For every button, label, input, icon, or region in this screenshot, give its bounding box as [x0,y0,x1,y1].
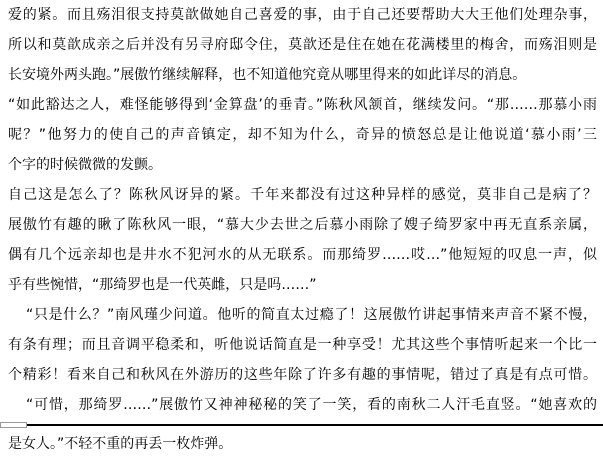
text-line: 所以和莫歆成亲之后并没有另寻府邸令住，莫歆还是住在她在花满楼里的梅舍，而殇泪则是 [8,30,597,60]
page-break-line [0,424,603,426]
text-line: 爱的紧。而且殇泪很支持莫歆做她自己喜爱的事，由于自己还要帮助大大王他们处理杂事， [8,0,597,30]
text-line: 乎有些惋惜，“那绮罗也是一代英雌，只是吗……” [8,270,597,300]
page-break-divider [8,420,597,429]
text-line: 个精彩！看来自己和秋风在外游历的这些年除了许多有趣的事情呢，错过了真是有点可惜。 [8,360,597,390]
text-line: 展傲竹有趣的瞅了陈秋风一眼，“慕大少去世之后慕小雨除了嫂子绮罗家中再无直系亲属， [8,210,597,240]
text-line: 呢？”他努力的使自己的声音镇定，却不知为什么，奇异的愤怒总是让他说道‘慕小雨’三 [8,120,597,150]
document-body: 爱的紧。而且殇泪很支持莫歆做她自己喜爱的事，由于自己还要帮助大大王他们处理杂事，… [0,0,603,459]
text-section-1: 爱的紧。而且殇泪很支持莫歆做她自己喜爱的事，由于自己还要帮助大大王他们处理杂事，… [8,0,597,420]
text-section-2: 是女人。”不轻不重的再丢一枚炸弹。 [8,429,597,459]
text-line: 长安境外两头跑。”展傲竹继续解释，也不知道他究竟从哪里得来的如此详尽的消息。 [8,60,597,90]
text-line: 自己这是怎么了？陈秋风讶异的紧。千年来都没有过这种异样的感觉，莫非自己是病了？ [8,180,597,210]
text-line: 偶有几个远亲却也是井水不犯河水的从无联系。而那绮罗……哎…”他短短的叹息一声，似 [8,240,597,270]
text-line: 个字的时候微微的发颤。 [8,150,597,180]
text-line: “如此豁达之人，难怪能够得到‘金算盘’的垂青。”陈秋风颔首，继续发问。“那……那… [8,90,597,120]
text-line: 是女人。”不轻不重的再丢一枚炸弹。 [8,429,597,459]
text-line: “可惜，那绮罗……”展傲竹又神神秘秘的笑了一笑，看的南秋二人汗毛直竖。“她喜欢的 [8,390,597,420]
text-line: “只是什么？”南风瑾少问道。他听的简直太过瘾了！这展傲竹讲起事情来声音不紧不慢， [8,300,597,330]
text-line: 有条有理；而且音调平稳柔和，听他说话简直是一种享受！尤其这些个事情听起来一个比一 [8,330,597,360]
novel-page: 爱的紧。而且殇泪很支持莫歆做她自己喜爱的事，由于自己还要帮助大大王他们处理杂事，… [0,0,603,463]
page-break-marker [0,422,27,428]
